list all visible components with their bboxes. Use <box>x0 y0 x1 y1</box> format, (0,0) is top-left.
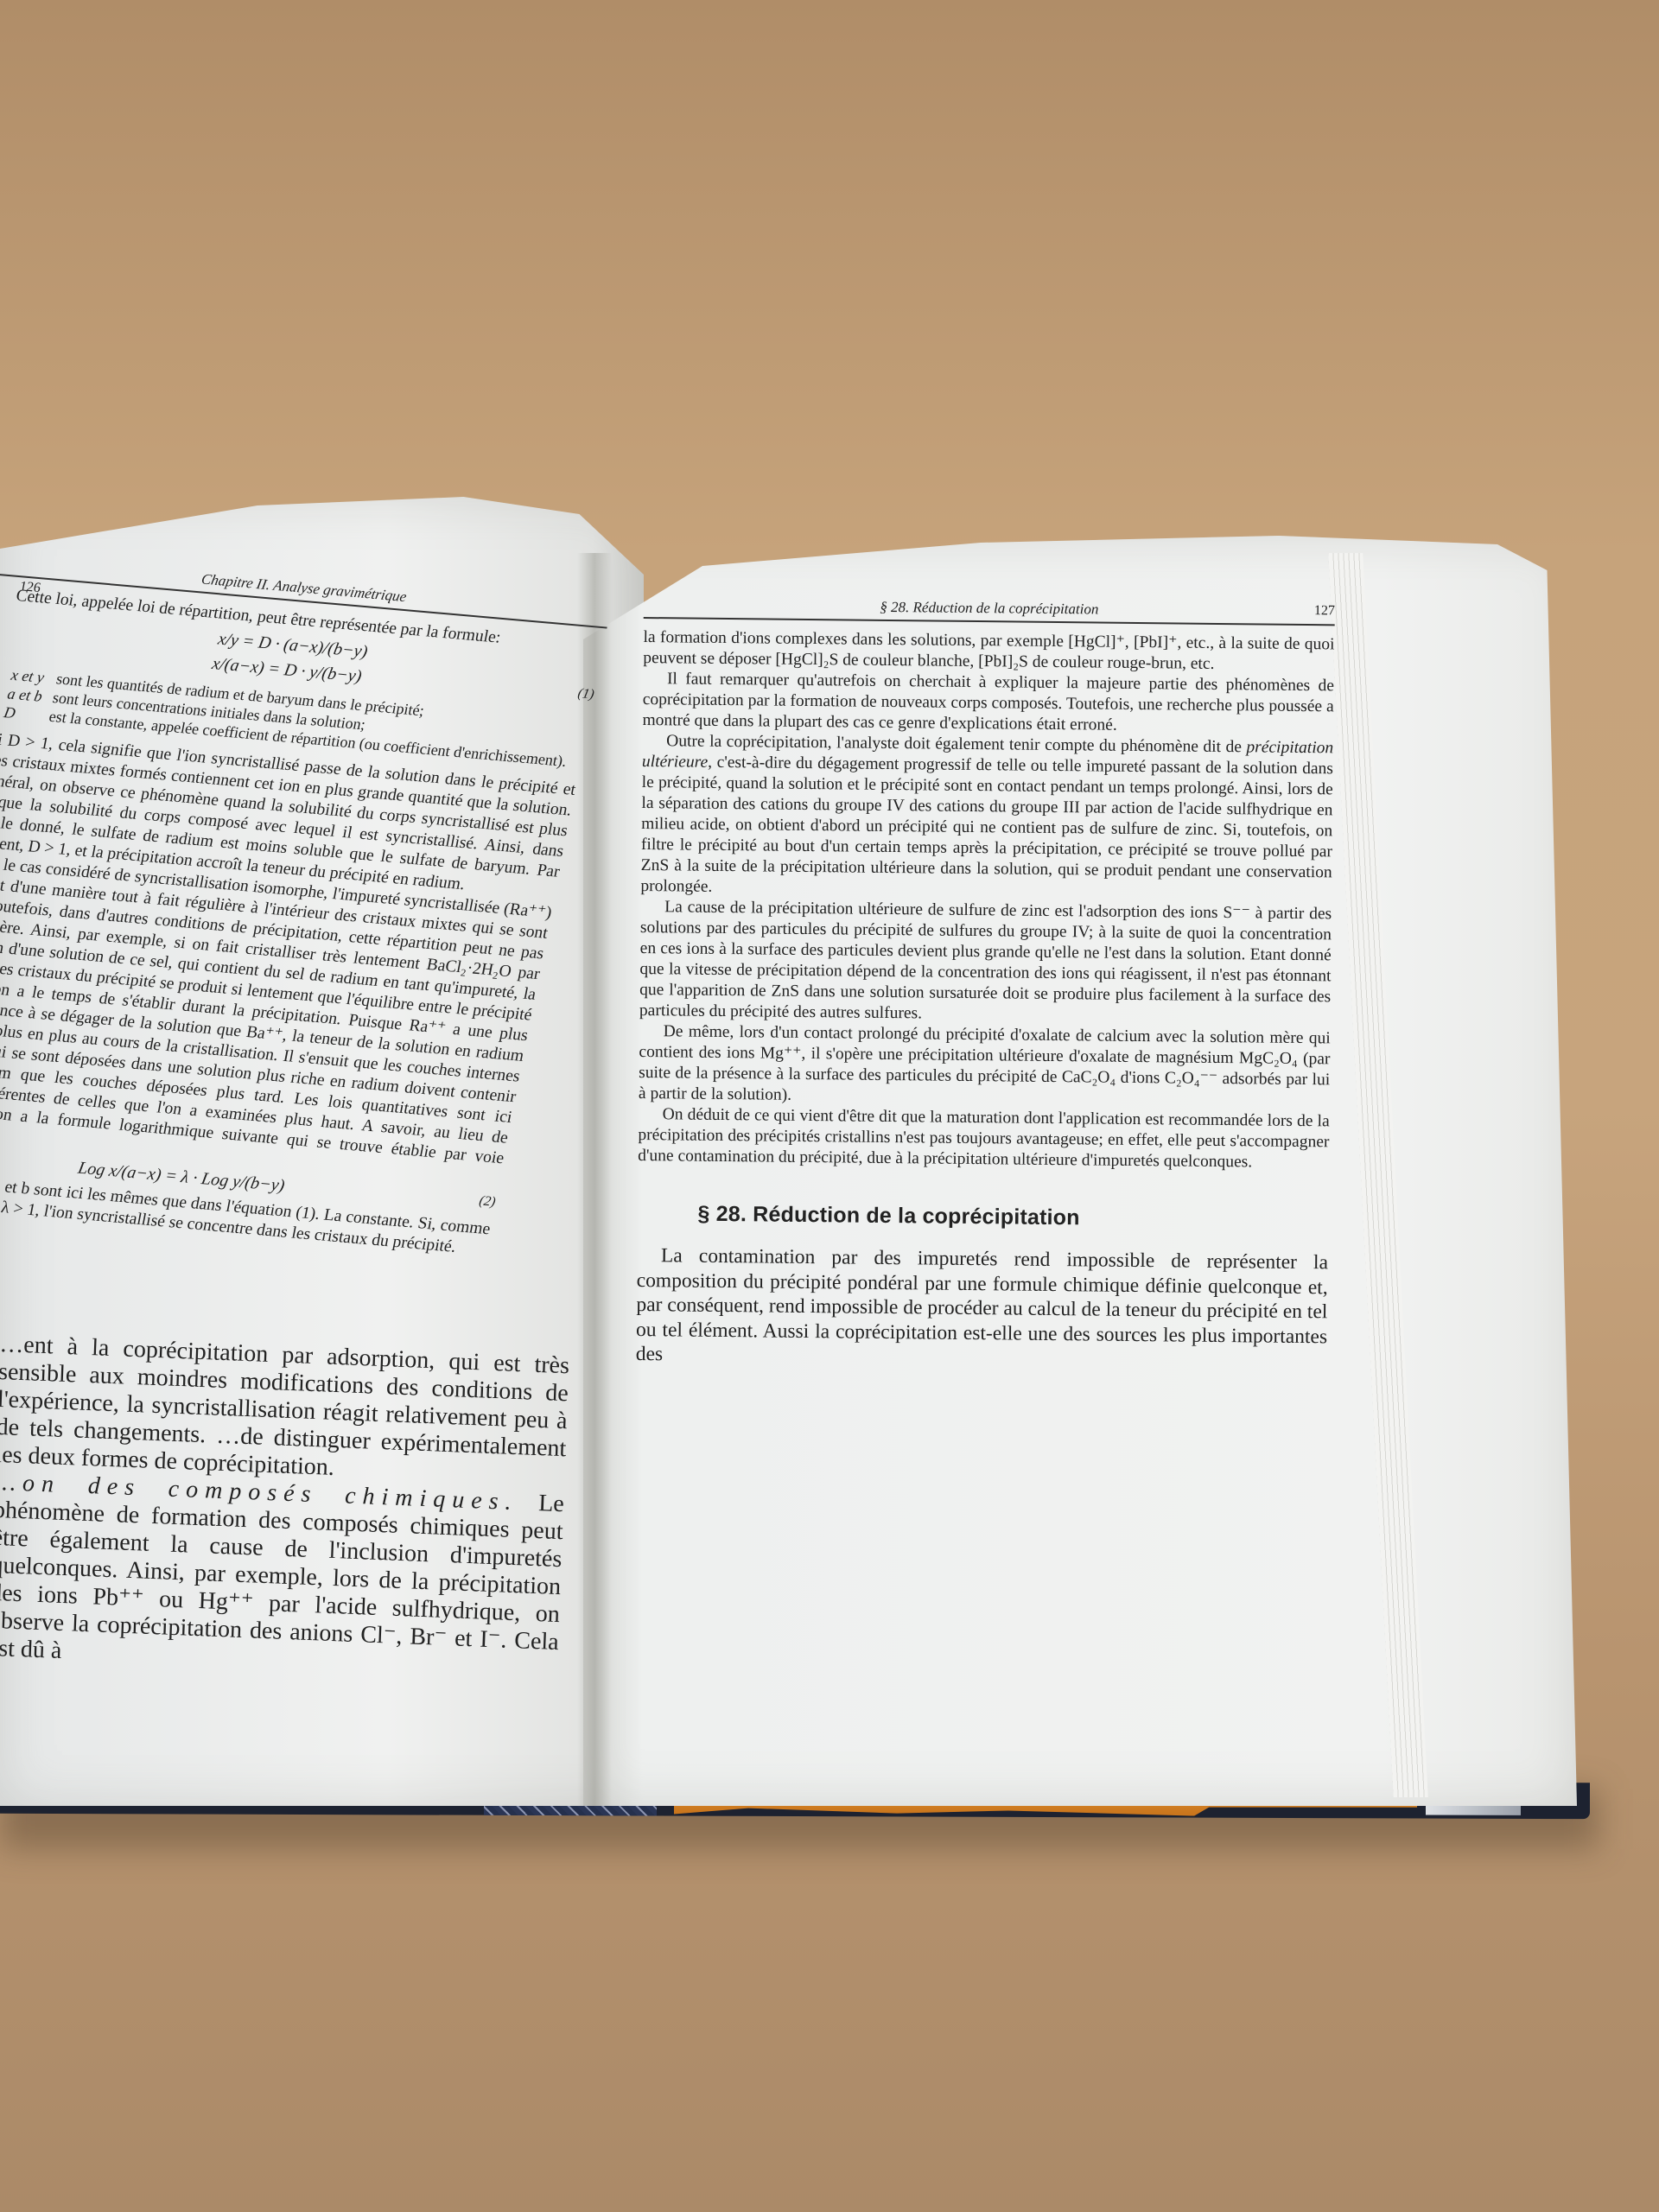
paragraph: Dans le cas considéré de syncristallisat… <box>0 849 554 1190</box>
paragraph: …ent à la coprécipitation par adsorption… <box>0 1331 570 1491</box>
paragraph: La contamination par des impuretés rend … <box>636 1243 1328 1374</box>
paragraph: La cause de la précipitation ultérieure … <box>639 897 1332 1028</box>
paragraph: la formation d'ions complexes dans les s… <box>643 627 1334 676</box>
left-page-lower-text: …ent à la coprécipitation par adsorption… <box>0 1331 570 1684</box>
section-heading: § 28. Réduction de la coprécipitation <box>697 1202 1328 1234</box>
right-page-text: § 28. Réduction de la coprécipitation 12… <box>636 596 1335 1374</box>
paragraph: De même, lors d'un contact prolongé du p… <box>639 1021 1331 1111</box>
page-number-right: 127 <box>1314 603 1335 619</box>
equation-number-2: (2) <box>478 1193 497 1210</box>
page-number-left: 126 <box>18 579 41 596</box>
paragraph: On déduit de ce qui vient d'être dit que… <box>638 1104 1330 1173</box>
paragraph: Il faut remarquer qu'autrefois on cherch… <box>642 669 1334 738</box>
running-head-title: § 28. Réduction de la coprécipitation <box>880 599 1098 618</box>
equation-number-1: (1) <box>576 686 595 702</box>
paragraph: Outre la coprécipitation, l'analyste doi… <box>640 731 1333 904</box>
paragraph: …on des composés chimiques. Le phénomène… <box>0 1469 564 1684</box>
